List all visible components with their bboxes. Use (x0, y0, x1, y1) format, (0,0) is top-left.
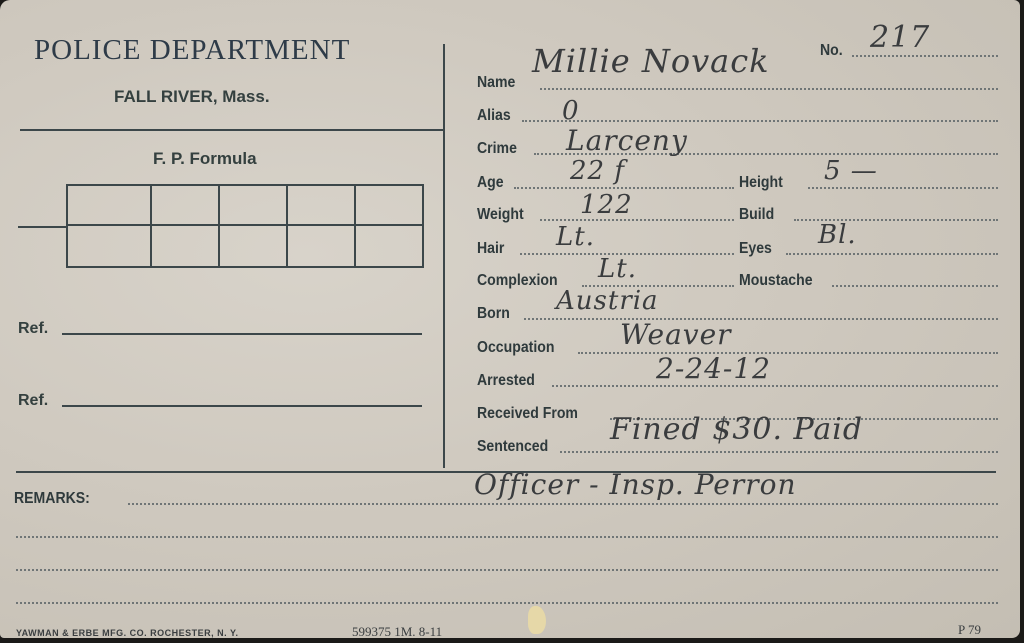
fp-formula-grid (66, 184, 424, 268)
remarks-dots-2[interactable] (16, 536, 998, 538)
fp-cell[interactable] (220, 226, 288, 266)
weight-value: 122 (580, 190, 633, 220)
name-dots[interactable] (540, 88, 998, 90)
height-label: Height (739, 174, 783, 192)
build-label: Build (739, 206, 774, 224)
weight-label: Weight (477, 206, 524, 224)
form-code: 599375 1M. 8-11 (352, 624, 442, 640)
remarks-value: Officer - Insp. Perron (474, 468, 797, 501)
occupation-dots[interactable] (578, 352, 998, 354)
name-value: Millie Novack (532, 42, 770, 80)
remarks-dots-4[interactable] (16, 602, 998, 604)
ref-label-1: Ref. (18, 320, 48, 338)
hair-label: Hair (477, 240, 504, 258)
sentenced-label: Sentenced (477, 438, 548, 456)
moustache-label: Moustache (739, 272, 813, 290)
name-label: Name (477, 74, 515, 92)
occupation-label: Occupation (477, 339, 554, 357)
born-value: Austria (556, 286, 659, 316)
crime-value: Larceny (566, 124, 688, 157)
alias-value: 0 (562, 96, 580, 126)
ref-line-2[interactable] (62, 405, 422, 407)
eyes-dots[interactable] (786, 253, 998, 255)
height-value: 5 — (824, 156, 878, 186)
remarks-dots-3[interactable] (16, 569, 998, 571)
fp-cell[interactable] (152, 226, 220, 266)
fp-cell[interactable] (220, 186, 288, 226)
fp-cell[interactable] (356, 186, 422, 226)
complexion-value: Lt. (598, 254, 637, 284)
police-record-card: POLICE DEPARTMENT FALL RIVER, Mass. F. P… (0, 0, 1020, 638)
remarks-label: REMARKS: (14, 490, 90, 508)
no-value: 217 (870, 20, 930, 55)
eyes-label: Eyes (739, 240, 772, 258)
crime-label: Crime (477, 140, 517, 158)
fp-cell[interactable] (356, 226, 422, 266)
eyes-value: Bl. (818, 220, 857, 250)
header-divider (20, 129, 444, 131)
fp-cell[interactable] (68, 186, 152, 226)
complexion-label: Complexion (477, 272, 558, 290)
fp-formula-label: F. P. Formula (153, 149, 257, 169)
no-dots[interactable] (852, 55, 998, 57)
column-divider (443, 44, 445, 468)
born-dots[interactable] (524, 318, 998, 320)
ref-line-1[interactable] (62, 333, 422, 335)
paper-tear (528, 606, 546, 634)
alias-label: Alias (477, 107, 511, 125)
sentenced-dots[interactable] (560, 451, 998, 453)
arrested-label: Arrested (477, 372, 535, 390)
born-label: Born (477, 305, 510, 323)
age-dots[interactable] (514, 187, 734, 189)
occupation-value: Weaver (620, 318, 732, 351)
printer-imprint: YAWMAN & ERBE MFG. CO. ROCHESTER, N. Y. (16, 628, 239, 638)
department-title: POLICE DEPARTMENT (34, 34, 350, 67)
ref-label-2: Ref. (18, 392, 48, 410)
age-value: 22 f (570, 156, 625, 186)
received-from-label: Received From (477, 405, 578, 423)
fp-cell[interactable] (152, 186, 220, 226)
sentenced-value: Fined $30. Paid (610, 412, 863, 447)
fp-cell[interactable] (288, 226, 356, 266)
page-number: P 79 (958, 622, 981, 638)
weight-dots[interactable] (540, 219, 734, 221)
moustache-dots[interactable] (832, 285, 998, 287)
alias-dots[interactable] (522, 120, 998, 122)
fp-cell[interactable] (68, 226, 152, 266)
department-location: FALL RIVER, Mass. (114, 87, 270, 107)
age-label: Age (477, 174, 504, 192)
hair-value: Lt. (556, 222, 595, 252)
arrested-dots[interactable] (552, 385, 998, 387)
height-dots[interactable] (808, 187, 998, 189)
fp-formula-line (18, 226, 68, 228)
no-label: No. (820, 42, 843, 60)
remarks-dots-1[interactable] (128, 503, 998, 505)
arrested-value: 2-24-12 (656, 352, 771, 385)
fp-cell[interactable] (288, 186, 356, 226)
